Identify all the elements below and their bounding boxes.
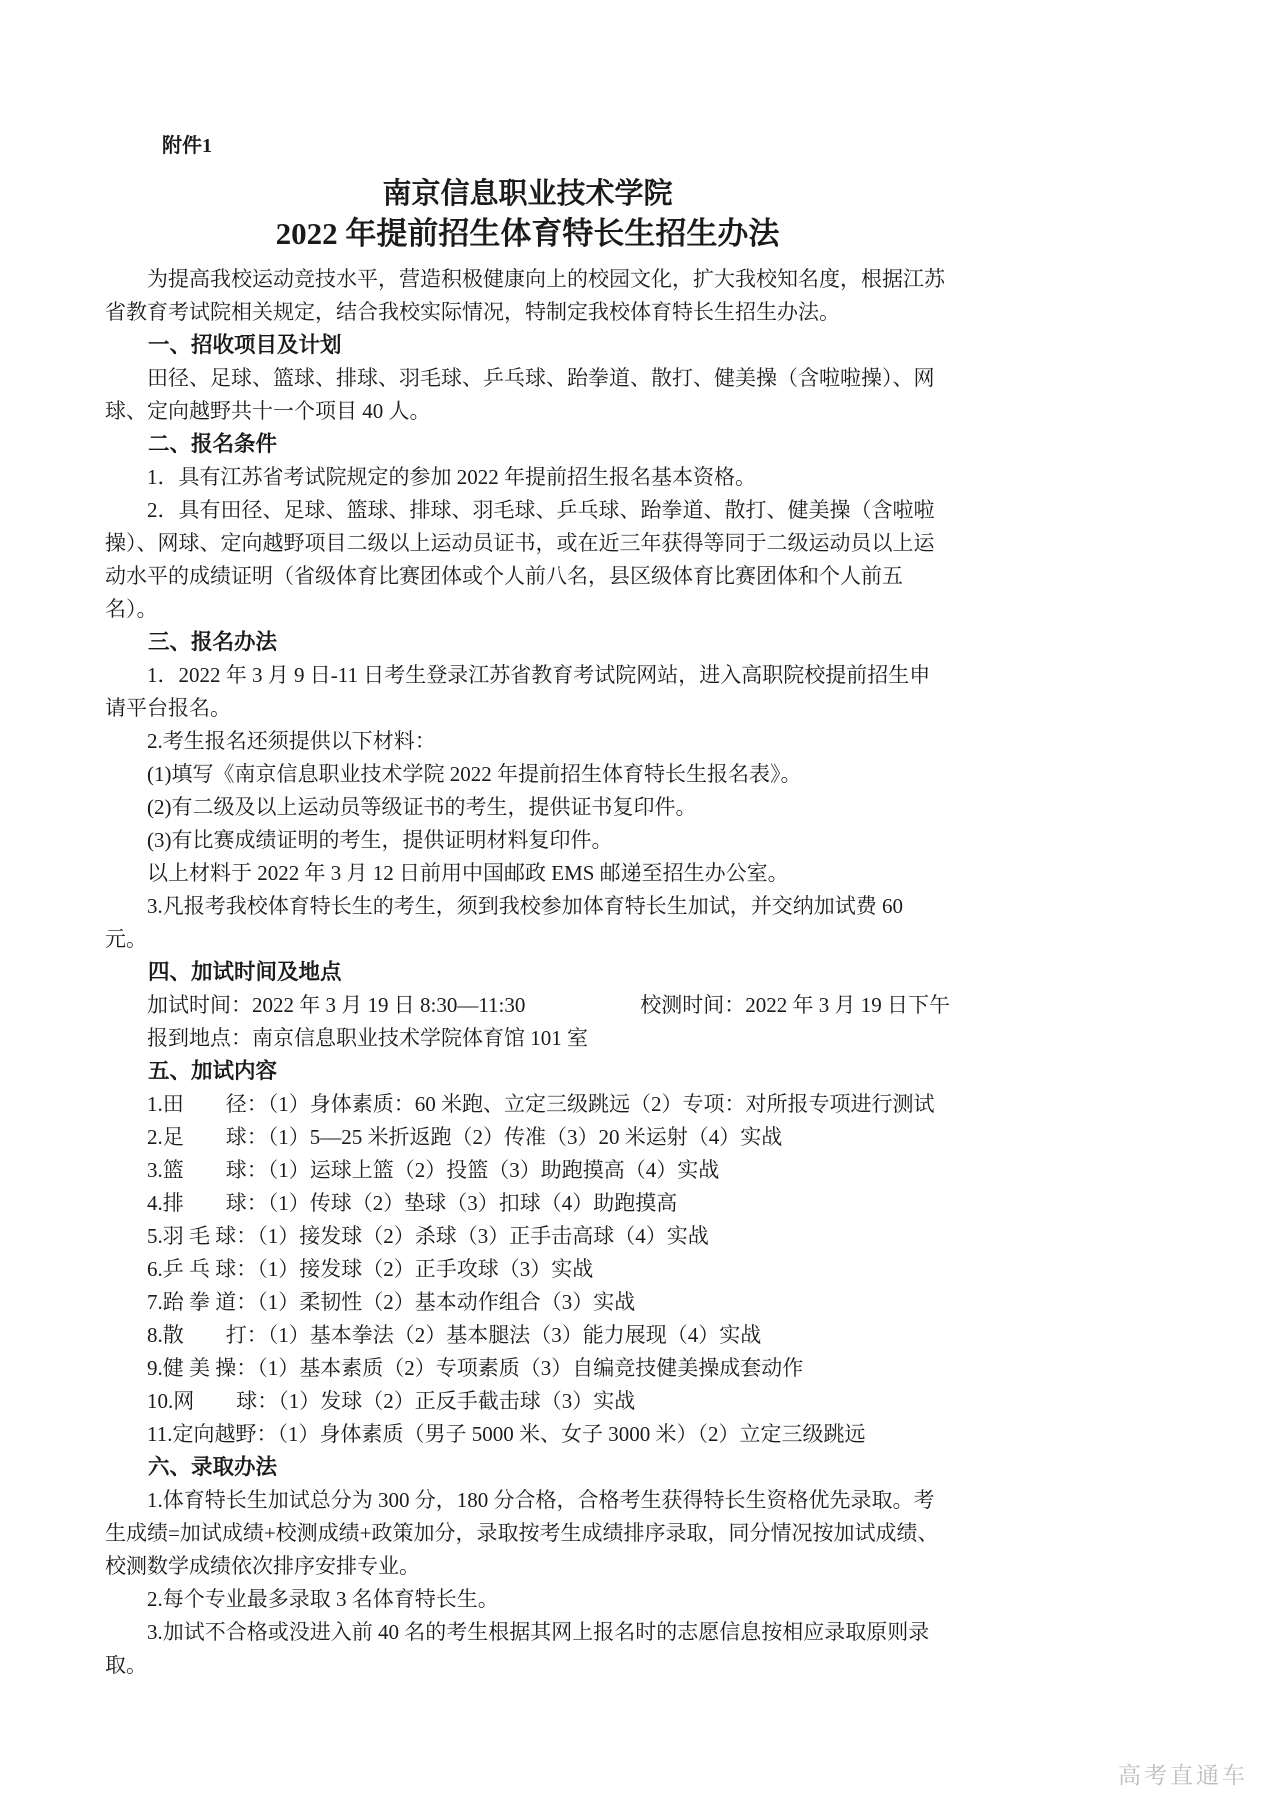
intro-paragraph: 为提高我校运动竞技水平，营造积极健康向上的校园文化，扩大我校知名度，根据江苏省教… (105, 263, 950, 329)
test-content-item-tabletennis: 6.乒 乓 球：（1）接发球（2）正手攻球（3）实战 (105, 1253, 950, 1286)
section-3-material-1: (1)填写《南京信息职业技术学院 2022 年提前招生体育特长生报名表》。 (105, 758, 950, 791)
test-content-item-tennis: 10.网 球：（1）发球（2）正反手截击球（3）实战 (105, 1385, 950, 1418)
section-2-item-2: 2．具有田径、足球、篮球、排球、羽毛球、乒乓球、跆拳道、散打、健美操（含啦啦操）… (105, 494, 950, 626)
section-2-item-1: 1．具有江苏省考试院规定的参加 2022 年提前招生报名基本资格。 (105, 461, 950, 494)
document-page: 附件1 南京信息职业技术学院 2022 年提前招生体育特长生招生办法 为提高我校… (0, 0, 1280, 1810)
section-6-item-2: 2.每个专业最多录取 3 名体育特长生。 (105, 1583, 950, 1616)
section-6-item-3: 3.加试不合格或没进入前 40 名的考生根据其网上报名时的志愿信息按相应录取原则… (105, 1616, 950, 1682)
section-3-heading: 三、报名办法 (105, 626, 950, 659)
test-content-item-basketball: 3.篮 球：（1）运球上篮（2）投篮（3）助跑摸高（4）实战 (105, 1154, 950, 1187)
test-content-item-sanda: 8.散 打：（1）基本拳法（2）基本腿法（3）能力展现（4）实战 (105, 1319, 950, 1352)
document-title-subject: 2022 年提前招生体育特长生招生办法 (105, 213, 950, 255)
section-1-heading: 一、招收项目及计划 (105, 329, 950, 362)
section-3-material-3: (3)有比赛成绩证明的考生，提供证明材料复印件。 (105, 824, 950, 857)
test-content-item-volleyball: 4.排 球：（1）传球（2）垫球（3）扣球（4）助跑摸高 (105, 1187, 950, 1220)
test-content-item-orienteering: 11.定向越野：（1）身体素质（男子 5000 米、女子 3000 米）（2）立… (105, 1418, 950, 1451)
school-test-time: 校测时间：2022 年 3 月 19 日下午 (640, 989, 950, 1022)
section-6-heading: 六、录取办法 (105, 1451, 950, 1484)
test-content-item-aerobics: 9.健 美 操：（1）基本素质（2）专项素质（3）自编竞技健美操成套动作 (105, 1352, 950, 1385)
watermark: 高考直通车 (1118, 1757, 1248, 1790)
document-title-college: 南京信息职业技术学院 (105, 175, 950, 213)
test-time-row: 加试时间：2022 年 3 月 19 日 8:30—11:30 校测时间：202… (105, 989, 950, 1022)
section-3-material-2: (2)有二级及以上运动员等级证书的考生，提供证书复印件。 (105, 791, 950, 824)
document-content: 附件1 南京信息职业技术学院 2022 年提前招生体育特长生招生办法 为提高我校… (105, 130, 950, 1682)
report-location: 报到地点：南京信息职业技术学院体育馆 101 室 (105, 1022, 950, 1055)
section-5-heading: 五、加试内容 (105, 1055, 950, 1088)
section-3-item-2: 2.考生报名还须提供以下材料： (105, 725, 950, 758)
section-3-mailing-note: 以上材料于 2022 年 3 月 12 日前用中国邮政 EMS 邮递至招生办公室… (105, 857, 950, 890)
section-4-heading: 四、加试时间及地点 (105, 956, 950, 989)
section-3-item-1: 1．2022 年 3 月 9 日-11 日考生登录江苏省教育考试院网站，进入高职… (105, 659, 950, 725)
test-content-item-badminton: 5.羽 毛 球：（1）接发球（2）杀球（3）正手击高球（4）实战 (105, 1220, 950, 1253)
section-6-item-1: 1.体育特长生加试总分为 300 分，180 分合格，合格考生获得特长生资格优先… (105, 1484, 950, 1583)
test-content-item-taekwondo: 7.跆 拳 道：（1）柔韧性（2）基本动作组合（3）实战 (105, 1286, 950, 1319)
section-3-item-3: 3.凡报考我校体育特长生的考生，须到我校参加体育特长生加试，并交纳加试费 60 … (105, 890, 950, 956)
attachment-label: 附件1 (162, 130, 950, 163)
test-content-item-athletics: 1.田 径：（1）身体素质：60 米跑、立定三级跳远（2）专项：对所报专项进行测… (105, 1088, 950, 1121)
section-1-paragraph: 田径、足球、篮球、排球、羽毛球、乒乓球、跆拳道、散打、健美操（含啦啦操）、网球、… (105, 362, 950, 428)
test-content-item-football: 2.足 球：（1）5—25 米折返跑（2）传准（3）20 米运射（4）实战 (105, 1121, 950, 1154)
test-time: 加试时间：2022 年 3 月 19 日 8:30—11:30 (147, 989, 525, 1022)
section-2-heading: 二、报名条件 (105, 428, 950, 461)
